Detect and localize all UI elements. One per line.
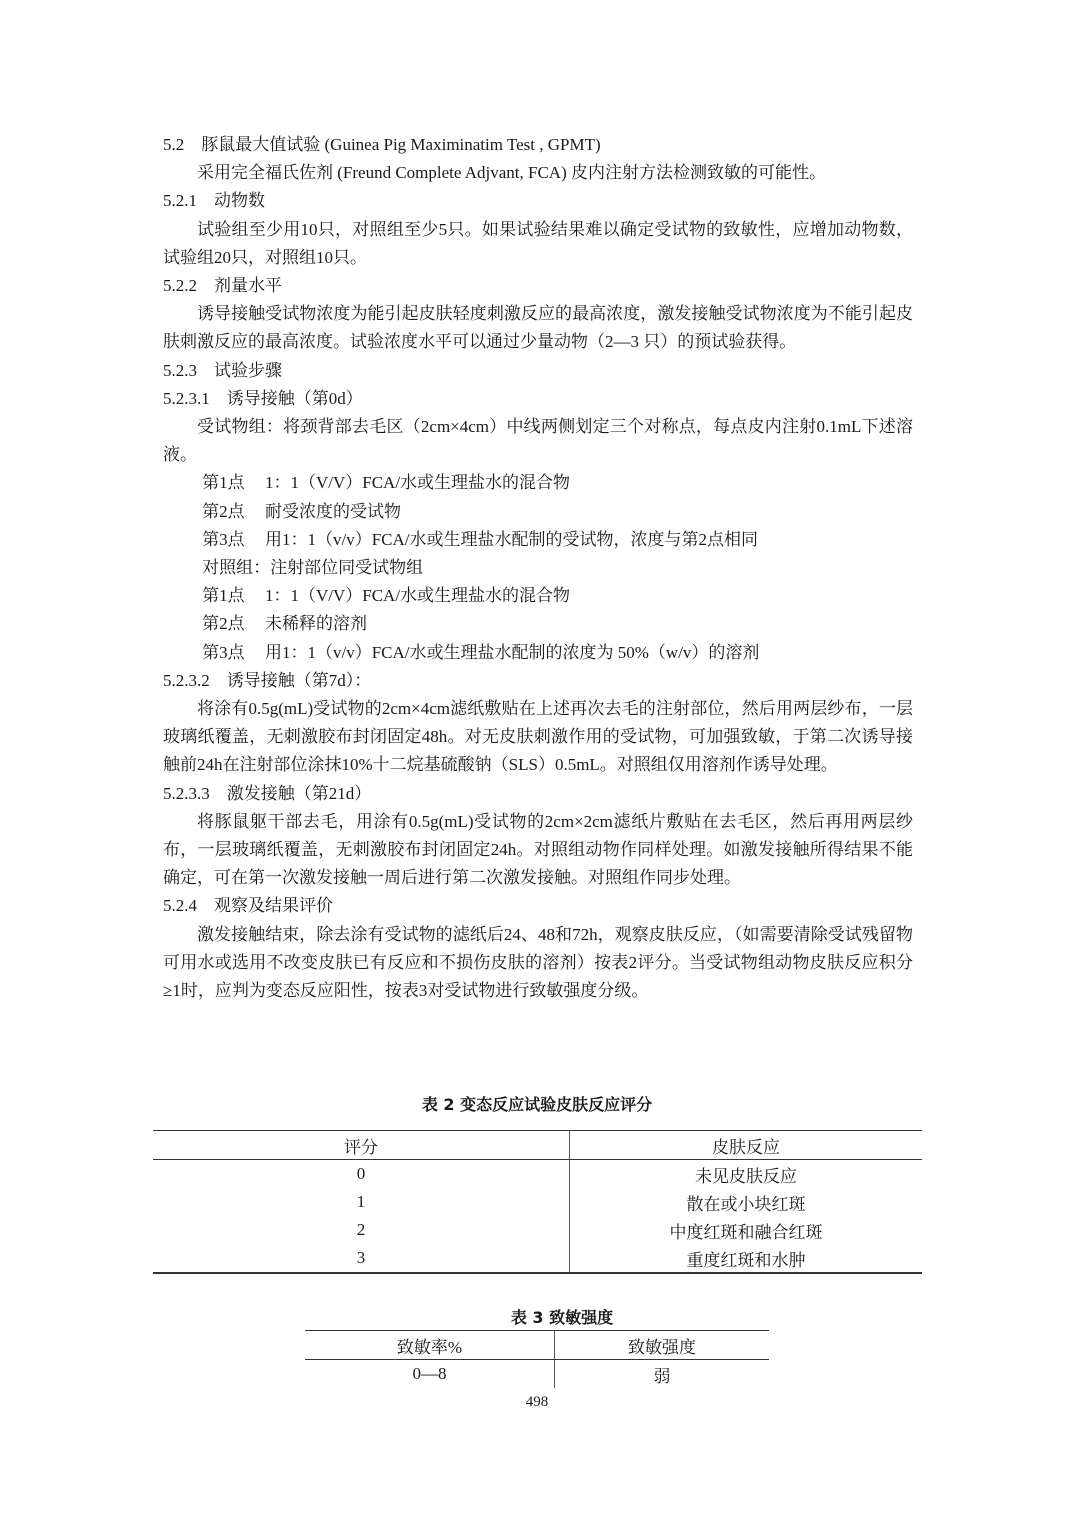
section-heading-5-2: 5.2豚鼠最大值试验 (Guinea Pig Maximinatim Test …: [163, 131, 913, 159]
control-point-3: 第3点用1：1（v/v）FCA/水或生理盐水配制的浓度为 50%（w/v）的溶剂: [163, 639, 913, 667]
table-skin-reaction-score: 评分 皮肤反应 0未见皮肤反应 1散在或小块红斑 2中度红斑和融合红斑 3重度红…: [153, 1130, 922, 1274]
heading-5-2-3-3: 5.2.3.3激发接触（第21d）: [163, 780, 913, 808]
heading-5-2-2: 5.2.2剂量水平: [163, 272, 913, 300]
table3-header-intensity: 致敏强度: [555, 1331, 770, 1360]
table2-header-row: 评分 皮肤反应: [153, 1131, 922, 1160]
table2-header-reaction: 皮肤反应: [570, 1131, 923, 1160]
heading-5-2-3: 5.2.3试验步骤: [163, 357, 913, 385]
table2-header-score: 评分: [153, 1131, 570, 1160]
test-point-3: 第3点用1：1（v/v）FCA/水或生理盐水配制的受试物，浓度与第2点相同: [163, 526, 913, 554]
control-point-1: 第1点1：1（V/V）FCA/水或生理盐水的混合物: [163, 582, 913, 610]
heading-5-2-3-2: 5.2.3.2诱导接触（第7d）：: [163, 667, 913, 695]
table-sensitization-intensity: 致敏率% 致敏强度 0—8弱: [305, 1330, 769, 1388]
test-point-1: 第1点1：1（V/V）FCA/水或生理盐水的混合物: [163, 469, 913, 497]
document-body: 5.2豚鼠最大值试验 (Guinea Pig Maximinatim Test …: [163, 131, 913, 1005]
table-row: 0未见皮肤反应: [153, 1160, 922, 1189]
page-number: 498: [0, 1394, 1074, 1411]
paragraph-observation: 激发接触结束，除去涂有受试物的滤纸后24、48和72h，观察皮肤反应，（如需要清…: [163, 921, 913, 1006]
heading-5-2-1: 5.2.1动物数: [163, 187, 913, 215]
heading-5-2-4: 5.2.4观察及结果评价: [163, 892, 913, 920]
table3-caption: 表 3 致敏强度: [0, 1305, 1074, 1328]
table-row: 1散在或小块红斑: [153, 1188, 922, 1216]
test-point-2: 第2点耐受浓度的受试物: [163, 498, 913, 526]
paragraph-challenge-day21: 将豚鼠躯干部去毛，用涂有0.5g(mL)受试物的2cm×2cm滤纸片敷贴在去毛区…: [163, 808, 913, 893]
table3-header-rate: 致敏率%: [305, 1331, 555, 1360]
table-row: 3重度红斑和水肿: [153, 1244, 922, 1273]
control-group-label: 对照组：注射部位同受试物组: [163, 554, 913, 582]
paragraph-animal-count: 试验组至少用10只，对照组至少5只。如果试验结果难以确定受试物的致敏性，应增加动…: [163, 216, 913, 272]
paragraph-induction-day7: 将涂有0.5g(mL)受试物的2cm×4cm滤纸敷贴在上述再次去毛的注射部位，然…: [163, 695, 913, 780]
heading-5-2-3-1: 5.2.3.1诱导接触（第0d）: [163, 385, 913, 413]
section-intro: 采用完全福氏佐剂 (Freund Complete Adjvant, FCA) …: [163, 159, 913, 187]
table3-header-row: 致敏率% 致敏强度: [305, 1331, 769, 1360]
paragraph-dose-level: 诱导接触受试物浓度为能引起皮肤轻度刺激反应的最高浓度，激发接触受试物浓度为不能引…: [163, 300, 913, 356]
control-point-2: 第2点未稀释的溶剂: [163, 610, 913, 638]
paragraph-test-group: 受试物组：将颈背部去毛区（2cm×4cm）中线两侧划定三个对称点，每点皮内注射0…: [163, 413, 913, 469]
table-row: 0—8弱: [305, 1360, 769, 1389]
table-row: 2中度红斑和融合红斑: [153, 1216, 922, 1244]
table2-caption: 表 2 变态反应试验皮肤反应评分: [0, 1092, 1074, 1115]
